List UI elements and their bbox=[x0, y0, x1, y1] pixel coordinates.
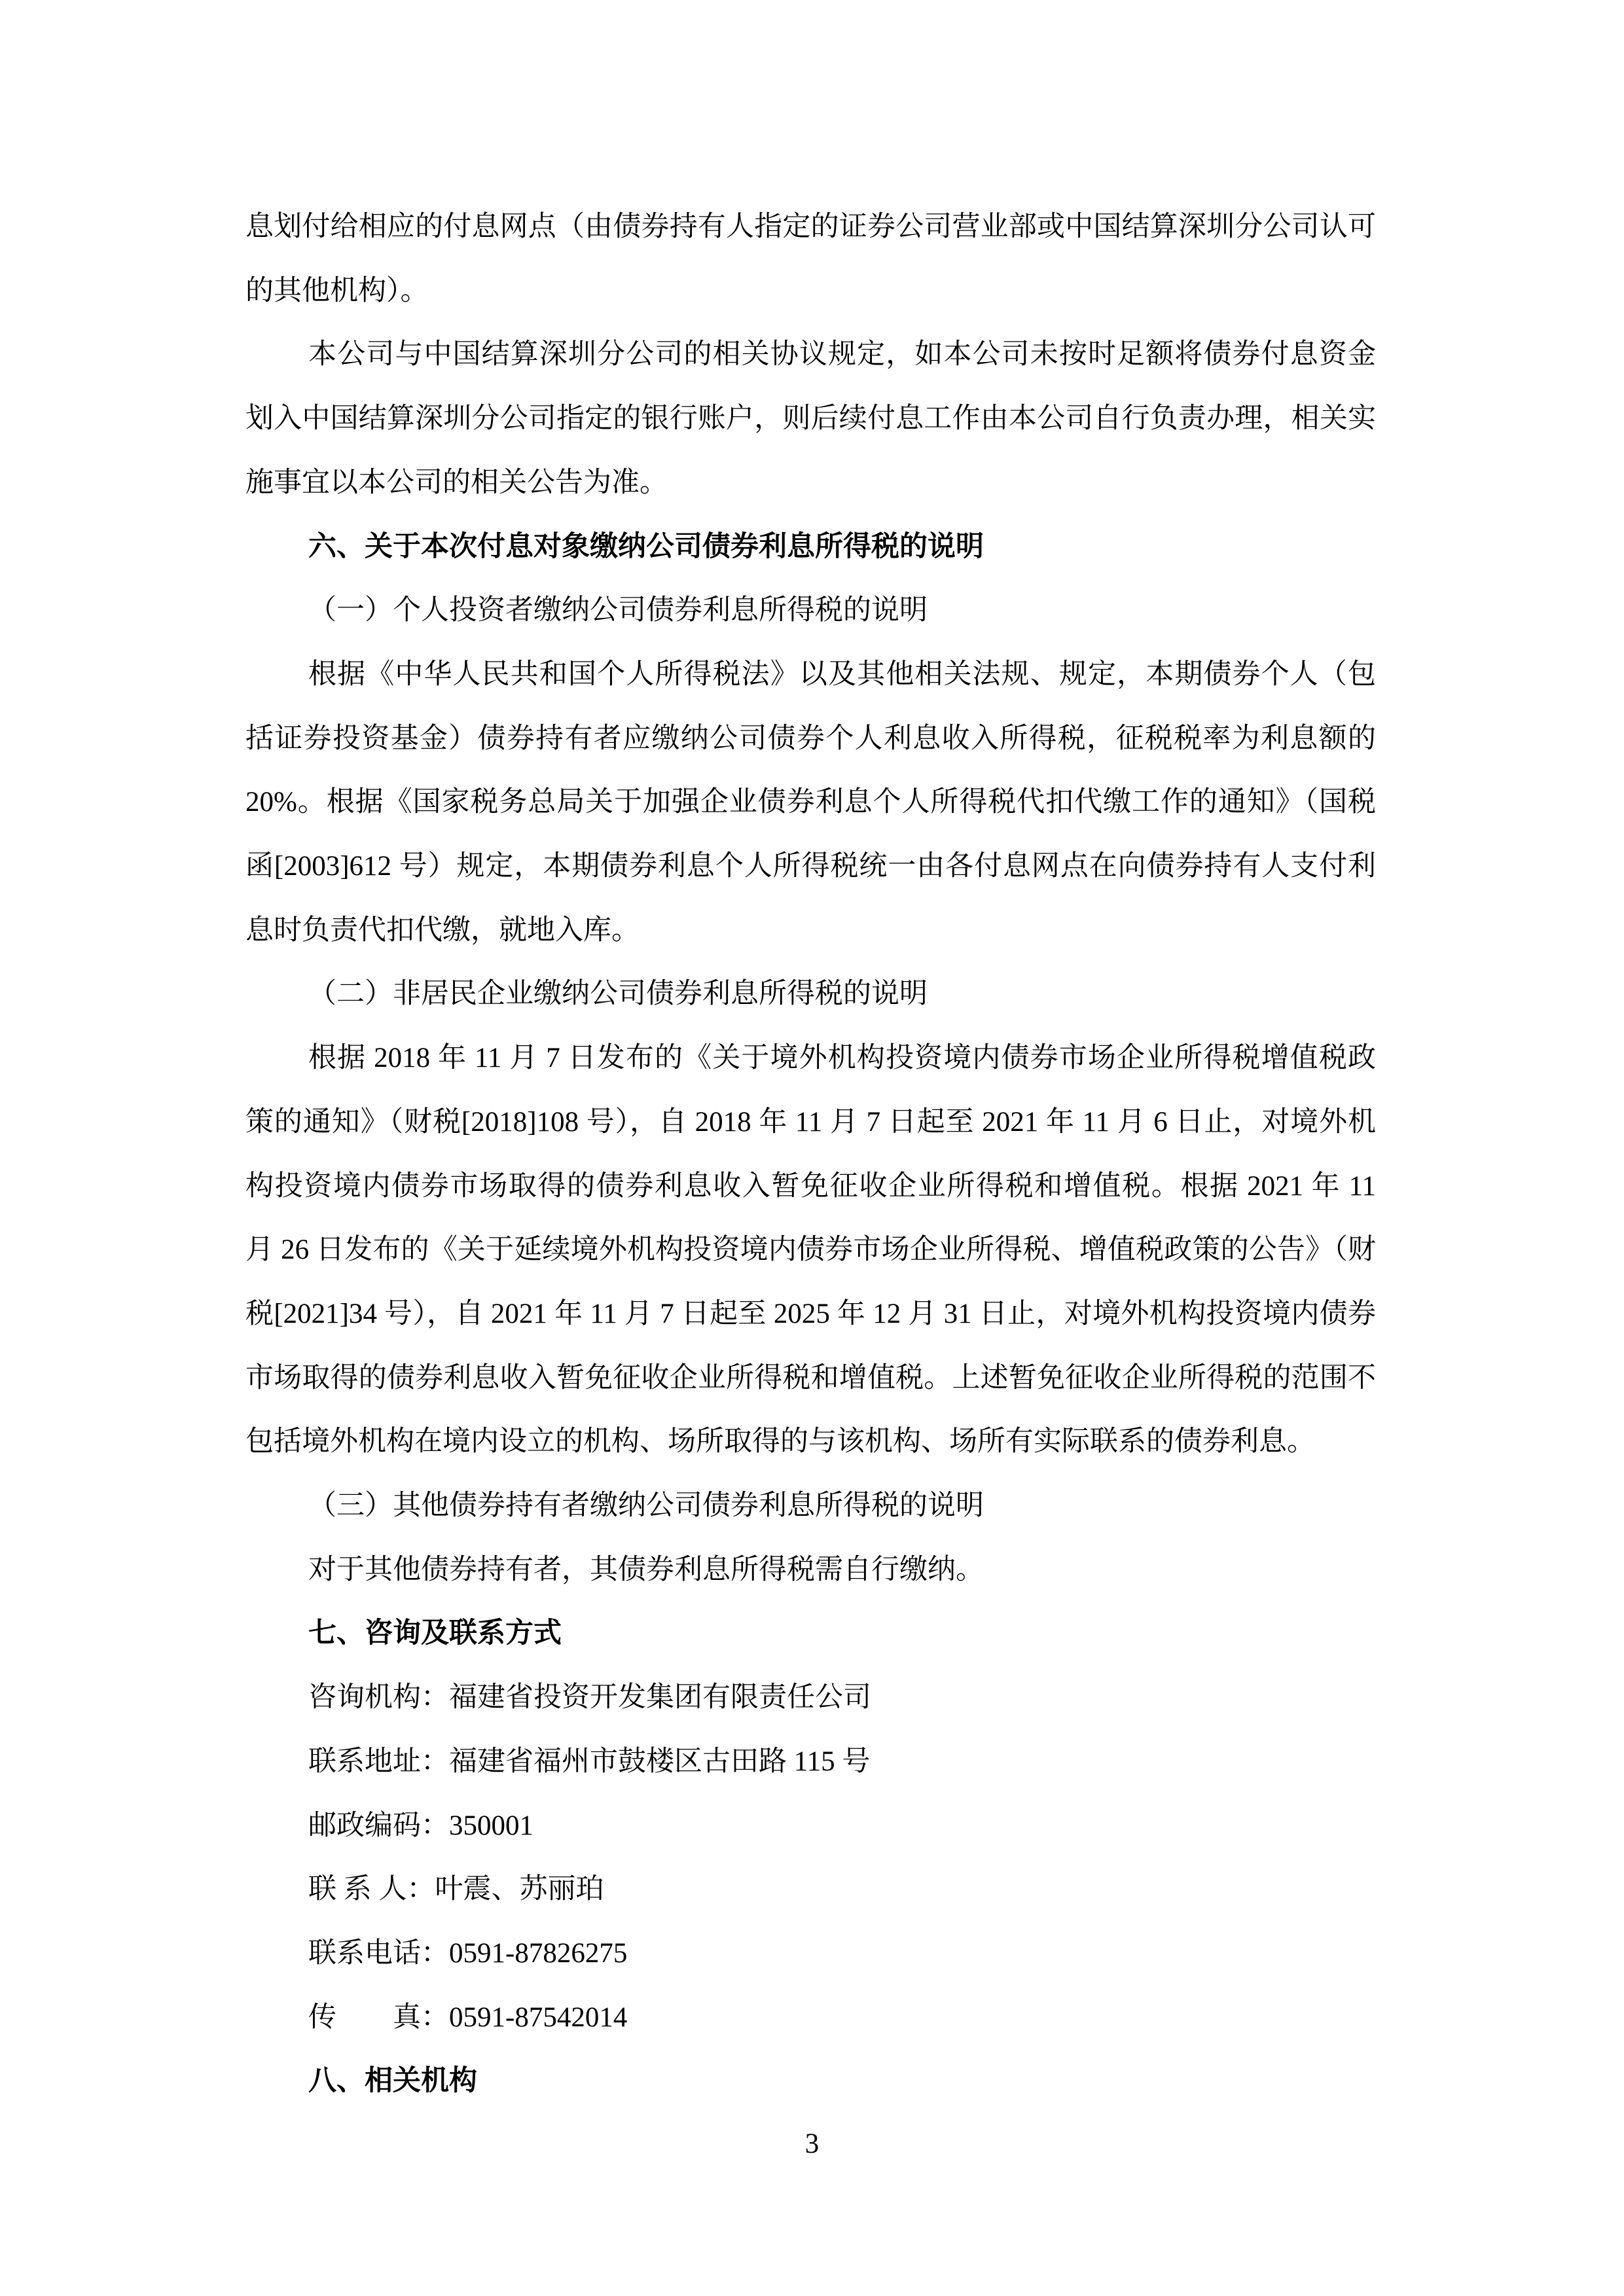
document-body: 息划付给相应的付息网点（由债券持有人指定的证券公司营业部或中国结算深圳分公司认可… bbox=[245, 195, 1376, 2113]
text-line: 联系电话：0591-87826275 bbox=[245, 1922, 1376, 1986]
text-line: （三）其他债券持有者缴纳公司债券利息所得税的说明 bbox=[245, 1474, 1376, 1538]
text-line: 邮政编码：350001 bbox=[245, 1794, 1376, 1858]
text-line: （二）非居民企业缴纳公司债券利息所得税的说明 bbox=[245, 962, 1376, 1026]
text-line: 联 系 人：叶震、苏丽珀 bbox=[245, 1857, 1376, 1922]
text-line: 包括境外机构在境内设立的机构、场所取得的与该机构、场所有实际联系的债券利息。 bbox=[245, 1410, 1376, 1474]
text-line: 施事宜以本公司的相关公告为准。 bbox=[245, 451, 1376, 515]
document-page: 息划付给相应的付息网点（由债券持有人指定的证券公司营业部或中国结算深圳分公司认可… bbox=[0, 0, 1624, 2296]
text-line: 划入中国结算深圳分公司指定的银行账户，则后续付息工作由本公司自行负责办理，相关实 bbox=[245, 387, 1376, 451]
text-line: 根据《中华人民共和国个人所得税法》以及其他相关法规、规定，本期债券个人（包 bbox=[245, 643, 1376, 707]
text-line: 息划付给相应的付息网点（由债券持有人指定的证券公司营业部或中国结算深圳分公司认可 bbox=[245, 195, 1376, 259]
text-line: 策的通知》（财税[2018]108 号），自 2018 年 11 月 7 日起至… bbox=[245, 1090, 1376, 1155]
text-line: 20%。根据《国家税务总局关于加强企业债券利息个人所得税代扣代缴工作的通知》（国… bbox=[245, 770, 1376, 834]
text-line: 根据 2018 年 11 月 7 日发布的《关于境外机构投资境内债券市场企业所得… bbox=[245, 1026, 1376, 1090]
heading-line: 七、咨询及联系方式 bbox=[245, 1602, 1376, 1666]
text-line: 税[2021]34 号），自 2021 年 11 月 7 日起至 2025 年 … bbox=[245, 1282, 1376, 1346]
text-line: 月 26 日发布的《关于延续境外机构投资境内债券市场企业所得税、增值税政策的公告… bbox=[245, 1218, 1376, 1282]
heading-line: 六、关于本次付息对象缴纳公司债券利息所得税的说明 bbox=[245, 515, 1376, 579]
text-line: 联系地址：福建省福州市鼓楼区古田路 115 号 bbox=[245, 1730, 1376, 1794]
text-line: （一）个人投资者缴纳公司债券利息所得税的说明 bbox=[245, 579, 1376, 643]
text-line: 对于其他债券持有者，其债券利息所得税需自行缴纳。 bbox=[245, 1538, 1376, 1602]
text-line: 本公司与中国结算深圳分公司的相关协议规定，如本公司未按时足额将债券付息资金 bbox=[245, 323, 1376, 387]
text-line: 咨询机构：福建省投资开发集团有限责任公司 bbox=[245, 1666, 1376, 1730]
text-line: 函[2003]612 号）规定，本期债券利息个人所得税统一由各付息网点在向债券持… bbox=[245, 834, 1376, 899]
text-line: 息时负责代扣代缴，就地入库。 bbox=[245, 899, 1376, 963]
text-line: 括证券投资基金）债券持有者应缴纳公司债券个人利息收入所得税，征税税率为利息额的 bbox=[245, 707, 1376, 771]
text-line: 传 真：0591-87542014 bbox=[245, 1986, 1376, 2050]
text-line: 的其他机构）。 bbox=[245, 259, 1376, 323]
heading-line: 八、相关机构 bbox=[245, 2049, 1376, 2113]
text-line: 市场取得的债券利息收入暂免征收企业所得税和增值税。上述暂免征收企业所得税的范围不 bbox=[245, 1346, 1376, 1410]
page-number: 3 bbox=[0, 2125, 1624, 2164]
text-line: 构投资境内债券市场取得的债券利息收入暂免征收企业所得税和增值税。根据 2021 … bbox=[245, 1155, 1376, 1219]
